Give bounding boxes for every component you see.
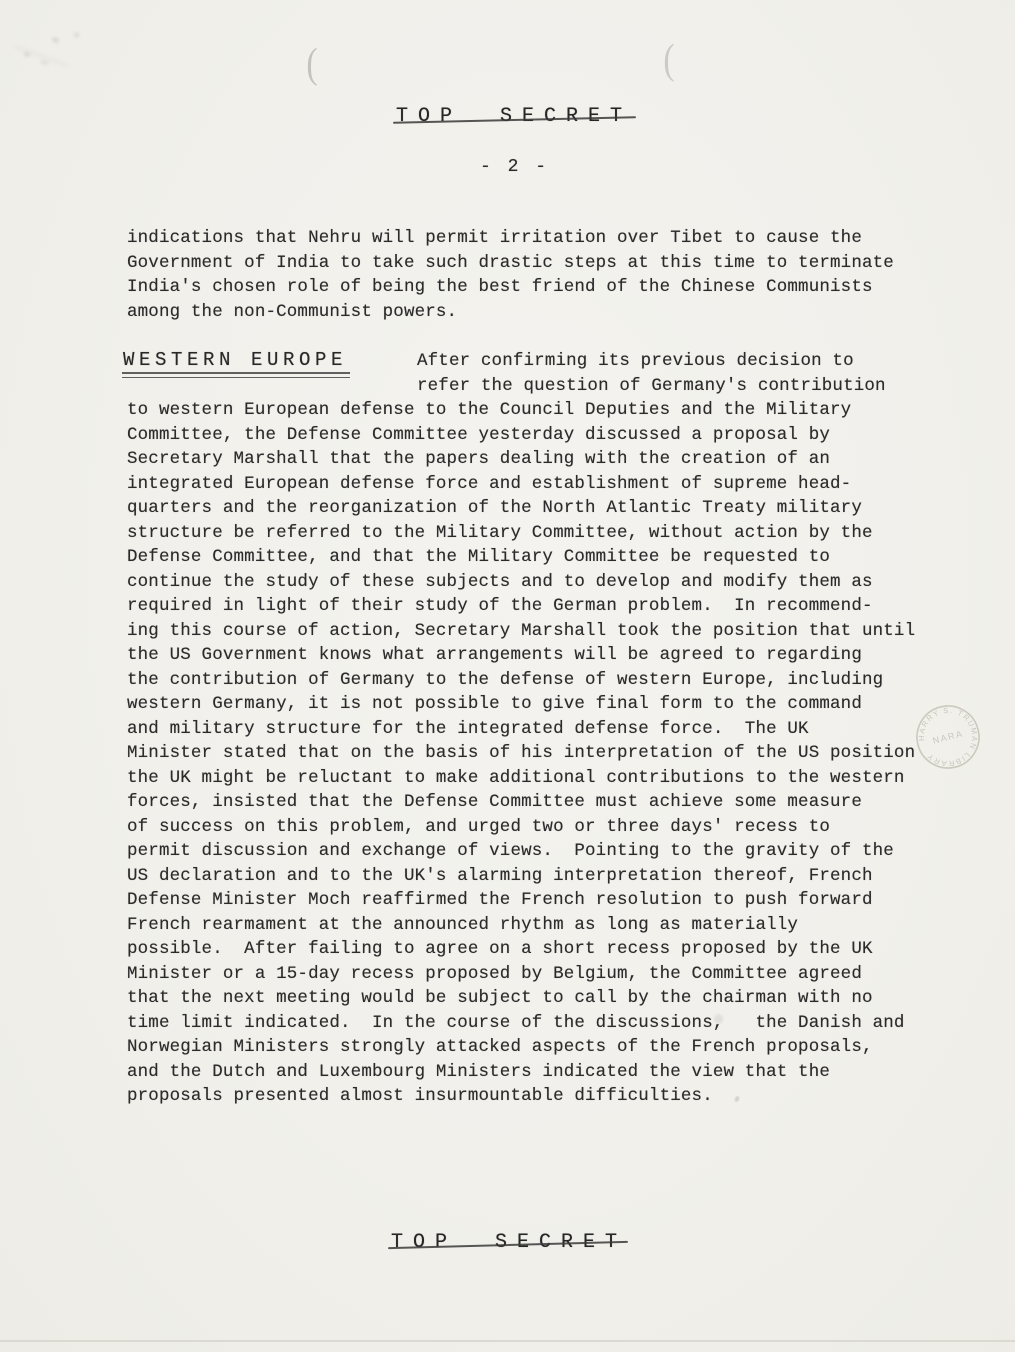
paragraph-india-tibet: indications that Nehru will permit irrit… bbox=[127, 226, 894, 324]
section-heading: WESTERN EUROPE bbox=[123, 349, 347, 371]
pencil-smudge bbox=[13, 45, 68, 67]
heading-underline bbox=[122, 377, 350, 379]
page-number: - 2 - bbox=[480, 157, 549, 177]
stray-paren-mark: ( bbox=[306, 40, 317, 88]
section-intro: After confirming its previous decision t… bbox=[417, 349, 886, 398]
stamp-center-text: NARA bbox=[932, 728, 965, 745]
heading-underline bbox=[122, 372, 350, 374]
erased-character-smudge bbox=[714, 1014, 723, 1024]
pencil-smudge bbox=[40, 60, 49, 66]
pencil-smudge bbox=[51, 37, 59, 44]
stray-paren-mark: ( bbox=[663, 36, 674, 84]
pencil-smudge bbox=[74, 33, 79, 37]
section-body: to western European defense to the Counc… bbox=[127, 398, 915, 1109]
paper-edge bbox=[0, 1340, 1015, 1342]
document-page: ( ( TOP SECRET - 2 - indications that Ne… bbox=[0, 0, 1015, 1352]
